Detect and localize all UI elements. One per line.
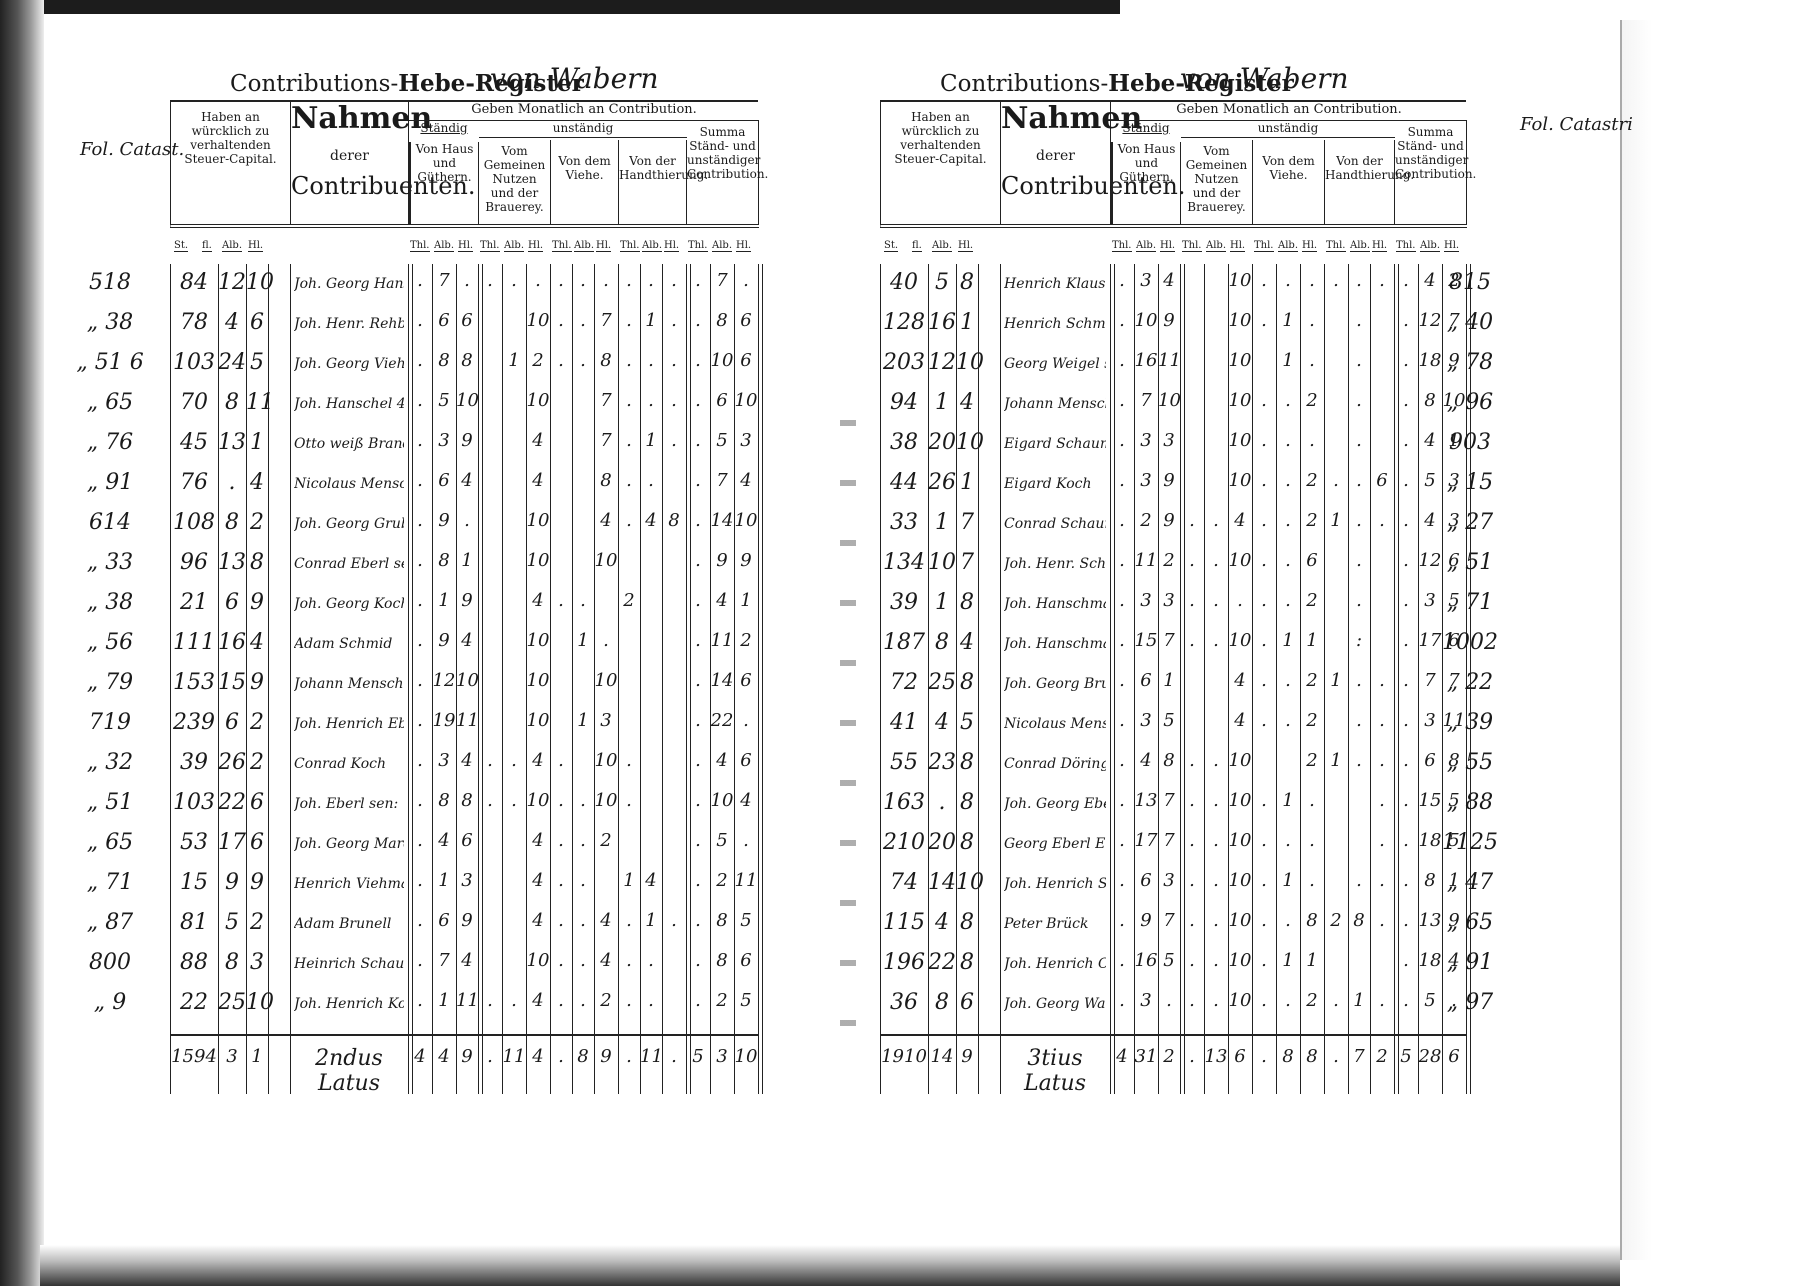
header-col-nutzen: Vom Gemeinen Nutzen und der Brauerey. [479,140,551,224]
unit-money: Hl. [736,240,751,252]
contributor-name: Joh. Georg Koch [294,596,404,612]
amount-vieh: . [594,630,618,651]
total-summa: 3 [710,1046,734,1067]
amount-hand: . [618,750,640,771]
amount-vieh: . [1252,870,1276,891]
amount-summa: 10 [734,390,758,411]
amount-haus: 7 [1158,630,1180,651]
unit-money: Alb. [1206,240,1226,252]
amount-summa: . [1394,950,1418,971]
contributor-name: Georg Eberl Erben [1004,836,1106,852]
amount-nutzen: 10 [526,630,550,651]
amount-haus: 6 [432,910,456,931]
amount-nutzen: . [1180,990,1204,1011]
capital-hl: 10 [246,990,268,1015]
amount-summa: . [1394,830,1418,851]
capital-hl: 9 [246,870,268,895]
amount-vieh: 1 [1276,310,1300,331]
amount-haus: 4 [1158,270,1180,291]
amount-vieh: . [1252,990,1276,1011]
capital-fl: 41 [880,710,928,735]
amount-vieh: . [550,750,572,771]
header-col-handthierung: Von der Handthierung. [619,140,687,224]
amount-haus: 11 [1134,550,1158,571]
amount-summa: . [1394,790,1418,811]
total-row: 19101493tius Latus4312.136.88.725286 [880,1038,1466,1082]
amount-summa: . [1394,710,1418,731]
table-row: „ 1544261Eigard Koch.3910..2..6.53 [880,464,1466,504]
amount-hand: 8 [1348,910,1370,931]
amount-hand: 1 [640,430,662,451]
amount-haus: 3 [1134,990,1158,1011]
amount-summa: 7 [710,470,734,491]
contributor-name: Otto weiß Brand [294,436,404,452]
amount-hand: . [1370,870,1394,891]
amount-nutzen: 2 [526,350,550,371]
capital-fl: 53 [170,830,218,855]
amount-haus: . [408,790,432,811]
unit-money: Hl. [1302,240,1317,252]
header-col-haus: Von Haus und Güthern. [409,142,479,224]
amount-summa: . [1394,510,1418,531]
amount-hand: . [1348,750,1370,771]
title-row: Contributions-Hebe-Register von Wabern [880,60,1466,102]
book-spine-edge [0,0,44,1286]
amount-vieh: 10 [594,750,618,771]
total-capital-alb: 14 [928,1046,956,1067]
amount-vieh: . [1252,790,1276,811]
amount-summa: . [686,590,710,611]
amount-nutzen: . [478,990,502,1011]
amount-vieh: . [550,590,572,611]
amount-summa: 10 [1442,390,1466,411]
amount-nutzen: . [1204,750,1228,771]
capital-alb: 10 [928,550,956,575]
capital-fl: 128 [880,310,928,335]
capital-hl: 8 [956,750,978,775]
amount-hand: . [1370,670,1394,691]
amount-hand: . [1348,430,1370,451]
contributor-name: Conrad Schaumburg [1004,516,1106,532]
capital-hl: 11 [246,390,268,415]
amount-nutzen: 10 [1228,470,1252,491]
amount-summa: 6 [734,670,758,691]
total-nutzen: 6 [1228,1046,1252,1067]
capital-hl: 7 [956,550,978,575]
amount-vieh: . [1252,630,1276,651]
amount-summa: . [686,950,710,971]
amount-vieh: . [572,270,594,291]
amount-haus: 1 [432,870,456,891]
amount-summa: . [686,430,710,451]
contributor-name: Joh. Henr. Schaumburg [1004,556,1106,572]
amount-hand: . [1348,390,1370,411]
amount-vieh: . [572,830,594,851]
amount-vieh: . [1252,470,1276,491]
amount-haus: 9 [456,430,478,451]
amount-summa: 3 [734,430,758,451]
amount-vieh: . [1276,710,1300,731]
total-vieh: 8 [1276,1046,1300,1067]
amount-summa: . [686,510,710,531]
amount-hand: . [1370,710,1394,731]
table-row: „ 713918Joh. Hanschmann.33.....2..35 [880,584,1466,624]
amount-nutzen: . [1204,830,1228,851]
amount-summa: 7 [710,270,734,291]
amount-nutzen: . [1204,990,1228,1011]
amount-haus: . [1110,310,1134,331]
amount-haus: . [456,270,478,291]
amount-vieh: . [1276,270,1300,291]
capital-alb: 26 [218,750,246,775]
amount-summa: 12 [1418,310,1442,331]
amount-haus: 9 [1158,470,1180,491]
capital-hl: 8 [956,670,978,695]
contributor-name: Adam Brunell [294,916,404,932]
amount-vieh: . [1252,430,1276,451]
capital-hl: 8 [956,950,978,975]
capital-alb: 8 [928,630,956,655]
total-vieh: 8 [572,1046,594,1067]
table-row: „ 878152Adam Brunell.694..4.1..85 [170,904,758,944]
amount-vieh: . [1276,590,1300,611]
amount-nutzen: . [1228,590,1252,611]
capital-hl: 3 [246,950,268,975]
header-names: Nahmen derer Contribuenten. [1001,102,1111,224]
capital-alb: 9 [218,870,246,895]
amount-nutzen: . [1180,830,1204,851]
amount-summa: . [1394,470,1418,491]
capital-fl: 39 [880,590,928,615]
fol-catast-number: 719 [75,710,145,735]
amount-hand: . [662,390,686,411]
table-row: „ 382169Joh. Georg Koch.194..2.41 [170,584,758,624]
amount-summa: 4 [734,790,758,811]
capital-alb: 20 [928,430,956,455]
contributor-name: Joh. Georg Gruber [294,516,404,532]
amount-haus: 5 [432,390,456,411]
amount-summa: . [686,710,710,731]
table-row: 903382010Eigard Schaumburg.3310.....41 [880,424,1466,464]
amount-haus: 4 [456,750,478,771]
amount-haus: 12 [432,670,456,691]
capital-hl: 1 [956,310,978,335]
amount-haus: 3 [1134,270,1158,291]
amount-vieh: . [1252,710,1276,731]
total-nutzen: . [478,1046,502,1067]
amount-nutzen: 10 [1228,830,1252,851]
amount-summa: . [1394,310,1418,331]
capital-fl: 33 [880,510,928,535]
amount-summa: 6 [710,390,734,411]
amount-vieh: . [550,270,572,291]
amount-haus: 9 [456,590,478,611]
amount-summa: . [1394,670,1418,691]
unit-money: Alb. [434,240,454,252]
amount-haus: 8 [432,350,456,371]
amount-haus: 5 [1158,710,1180,731]
amount-haus: . [1110,950,1134,971]
table-row: „ 3239262Conrad Koch.34..4.10..46 [170,744,758,784]
amount-hand: . [640,470,662,491]
capital-fl: 88 [170,950,218,975]
amount-summa: 18 [1418,350,1442,371]
scan-border-bottom [40,1245,1620,1286]
amount-nutzen: . [526,270,550,291]
total-summa: 5 [686,1046,710,1067]
amount-nutzen: 4 [1228,670,1252,691]
amount-haus: . [1110,470,1134,491]
amount-summa: 2 [710,990,734,1011]
amount-haus: . [408,870,432,891]
capital-fl: 239 [170,710,218,735]
unit-hl: Hl. [248,240,263,252]
amount-summa: 5 [1418,990,1442,1011]
amount-hand: . [662,270,686,291]
amount-haus: 8 [432,790,456,811]
amount-hand: . [1370,830,1394,851]
amount-vieh: . [1252,590,1276,611]
amount-summa: . [686,790,710,811]
amount-summa: 5 [710,830,734,851]
table-row: „ 6511548Peter Brück.97..10..828..139 [880,904,1466,944]
capital-fl: 81 [170,910,218,935]
amount-vieh: . [1300,790,1324,811]
capital-fl: 187 [880,630,928,655]
total-nutzen: . [1180,1046,1204,1067]
table-row: „ 40128161Henrich Schmalmed.10910.1...12… [880,304,1466,344]
table-row: „ 51134107Joh. Henr. Schaumburg.112..10.… [880,544,1466,584]
amount-vieh: . [550,990,572,1011]
capital-alb: 26 [928,470,956,495]
amount-haus: . [408,590,432,611]
amount-summa: . [686,750,710,771]
amount-vieh: . [1300,270,1324,291]
unit-money: Thl. [1112,240,1132,252]
capital-fl: 76 [170,470,218,495]
amount-haus: 10 [1134,310,1158,331]
amount-haus: 8 [432,550,456,571]
amount-vieh: . [550,830,572,851]
header-names: Nahmen derer Contribuenten. [291,102,409,224]
amount-haus: . [1158,990,1180,1011]
capital-fl: 203 [880,350,928,375]
contributor-name: Heinrich Schaumburg [294,956,404,972]
contributor-name: Nicolaus Menschen jun: [294,476,404,492]
contributor-name: Adam Schmid [294,636,404,652]
amount-summa: 13 [1418,910,1442,931]
table-row: „ 9176.4Nicolaus Menschen jun:.6448...74 [170,464,758,504]
total-haus: 2 [1158,1046,1180,1067]
capital-hl: 1 [246,430,268,455]
amount-summa: 5 [1418,470,1442,491]
capital-alb: 1 [928,590,956,615]
amount-hand: . [1370,990,1394,1011]
amount-summa: 6 [734,310,758,331]
column-header-block: Haben an würcklich zu verhaltenden Steue… [170,102,759,228]
amount-haus: . [408,470,432,491]
amount-summa: 12 [1418,550,1442,571]
amount-vieh: . [572,350,594,371]
amount-vieh: . [572,910,594,931]
amount-hand: . [618,430,640,451]
amount-nutzen: . [1204,910,1228,931]
capital-hl: 10 [956,430,978,455]
amount-vieh: 1 [1276,630,1300,651]
amount-hand: 1 [618,870,640,891]
amount-hand: . [1370,270,1394,291]
amount-nutzen: 10 [1228,350,1252,371]
capital-fl: 78 [170,310,218,335]
amount-hand: . [618,390,640,411]
total-capital-hl: 1 [246,1046,268,1067]
amount-vieh: 1 [1276,350,1300,371]
table-row: „ 56111164Adam Schmid.94101..112 [170,624,758,664]
amount-haus: 9 [1158,510,1180,531]
amount-summa: 9 [1442,350,1466,371]
amount-summa: . [686,270,710,291]
table-row: 61410882Joh. Georg Gruber.9.104.48.1410 [170,504,758,544]
contributor-name: Joh. Georg Walther [1004,996,1106,1012]
amount-haus: 13 [1134,790,1158,811]
amount-haus: . [408,550,432,571]
total-hand: 7 [1348,1046,1370,1067]
capital-fl: 153 [170,670,218,695]
amount-vieh: . [572,590,594,611]
column-header-block: Haben an würcklich zu verhaltenden Steue… [880,102,1467,228]
amount-summa: 15 [1418,790,1442,811]
amount-haus: 19 [432,710,456,731]
contributor-name: Joh. Eberl sen: [294,796,404,812]
amount-nutzen: . [1204,870,1228,891]
amount-summa: . [686,990,710,1011]
amount-summa: 10 [710,350,734,371]
capital-alb: 12 [928,350,956,375]
amount-hand: . [618,510,640,531]
amount-summa: 18 [1418,830,1442,851]
capital-hl: 6 [956,990,978,1015]
table-row: 100218784Joh. Hanschmann jun:.157..10.11… [880,624,1466,664]
scan-border-top [0,0,1120,14]
total-capital-alb: 3 [218,1046,246,1067]
amount-nutzen: 10 [526,510,550,531]
amount-vieh: 2 [594,830,618,851]
amount-summa: 8 [1418,390,1442,411]
amount-vieh: . [1252,390,1276,411]
amount-haus: 9 [432,630,456,651]
amount-haus: . [1110,910,1134,931]
amount-summa: 3 [1418,710,1442,731]
table-row: „ 79153159Johann Menschen.12101010.146 [170,664,758,704]
amount-vieh: . [1300,870,1324,891]
contributor-name: Joh. Georg Mardorf [294,836,404,852]
amount-haus: . [408,950,432,971]
capital-fl: 103 [170,790,218,815]
register-page-left: Contributions-Hebe-Register von Wabern H… [170,60,810,1094]
amount-hand: 1 [640,910,662,931]
amount-nutzen: . [502,790,526,811]
amount-summa: . [1442,990,1466,1011]
amount-summa: 3 [1418,590,1442,611]
unit-money: Thl. [1396,240,1416,252]
unit-money: Hl. [1160,240,1175,252]
amount-vieh: . [572,950,594,971]
amount-summa: 6 [734,750,758,771]
amount-vieh: 1 [1276,870,1300,891]
amount-haus: . [1110,350,1134,371]
amount-nutzen: 10 [526,950,550,971]
unit-money: Alb. [504,240,524,252]
amount-vieh: 10 [594,550,618,571]
amount-vieh: . [1300,830,1324,851]
fol-catast-number: 614 [75,510,145,535]
amount-haus: 6 [432,310,456,331]
unit-money: Hl. [528,240,543,252]
contributor-name: Joh. Henrich Otto jun: rel. [1004,956,1106,972]
capital-fl: 15 [170,870,218,895]
amount-vieh: 2 [1300,470,1324,491]
amount-haus: 1 [456,550,478,571]
amount-nutzen: 10 [1228,910,1252,931]
capital-alb: 4 [928,910,956,935]
amount-summa: 9 [734,550,758,571]
amount-vieh: 8 [594,470,618,491]
amount-haus: 3 [1158,590,1180,611]
capital-hl: 6 [246,310,268,335]
header-derer: derer [291,148,408,164]
amount-nutzen: 10 [1228,750,1252,771]
amount-nutzen: . [1180,870,1204,891]
amount-hand: . [1348,670,1370,691]
contributor-name: Joh. Henrich Eberl [294,716,404,732]
header-capital: Haben an würcklich zu verhaltenden Steue… [881,102,1001,224]
amount-nutzen: . [1180,750,1204,771]
amount-vieh: 2 [1300,990,1324,1011]
amount-nutzen: . [1180,630,1204,651]
header-col-nutzen: Vom Gemeinen Nutzen und der Brauerey. [1181,140,1253,224]
capital-alb: 8 [218,390,246,415]
table-row: „ 2272258Joh. Georg Brunell jun:.614..21… [880,664,1466,704]
amount-haus: 7 [1158,910,1180,931]
amount-summa: 6 [1442,630,1466,651]
amount-summa: 4 [1418,430,1442,451]
amount-haus: 4 [432,830,456,851]
total-hand: . [662,1046,686,1067]
capital-hl: 1 [956,470,978,495]
total-summa: 5 [1394,1046,1418,1067]
amount-haus: . [408,310,432,331]
capital-alb: 4 [928,710,956,735]
amount-nutzen: 10 [526,310,550,331]
amount-nutzen: 10 [1228,390,1252,411]
amount-hand: 1 [640,310,662,331]
fol-catast-number: „ 9 [75,990,145,1015]
amount-nutzen: 10 [1228,990,1252,1011]
unit-money: Alb. [1350,240,1370,252]
contributor-name: Joh. Georg Hanschmann [294,276,404,292]
amount-hand: . [640,270,662,291]
amount-haus: 9 [1134,910,1158,931]
amount-vieh: 2 [1300,390,1324,411]
amount-summa: 6 [1442,550,1466,571]
capital-fl: 74 [880,870,928,895]
capital-alb: 24 [218,350,246,375]
amount-hand: . [1370,790,1394,811]
amount-hand: . [662,430,686,451]
header-col-summa: Summa Ständ- und unständiger Contributio… [687,121,759,224]
unit-fl: fl. [912,240,922,252]
capital-alb: 5 [928,270,956,295]
